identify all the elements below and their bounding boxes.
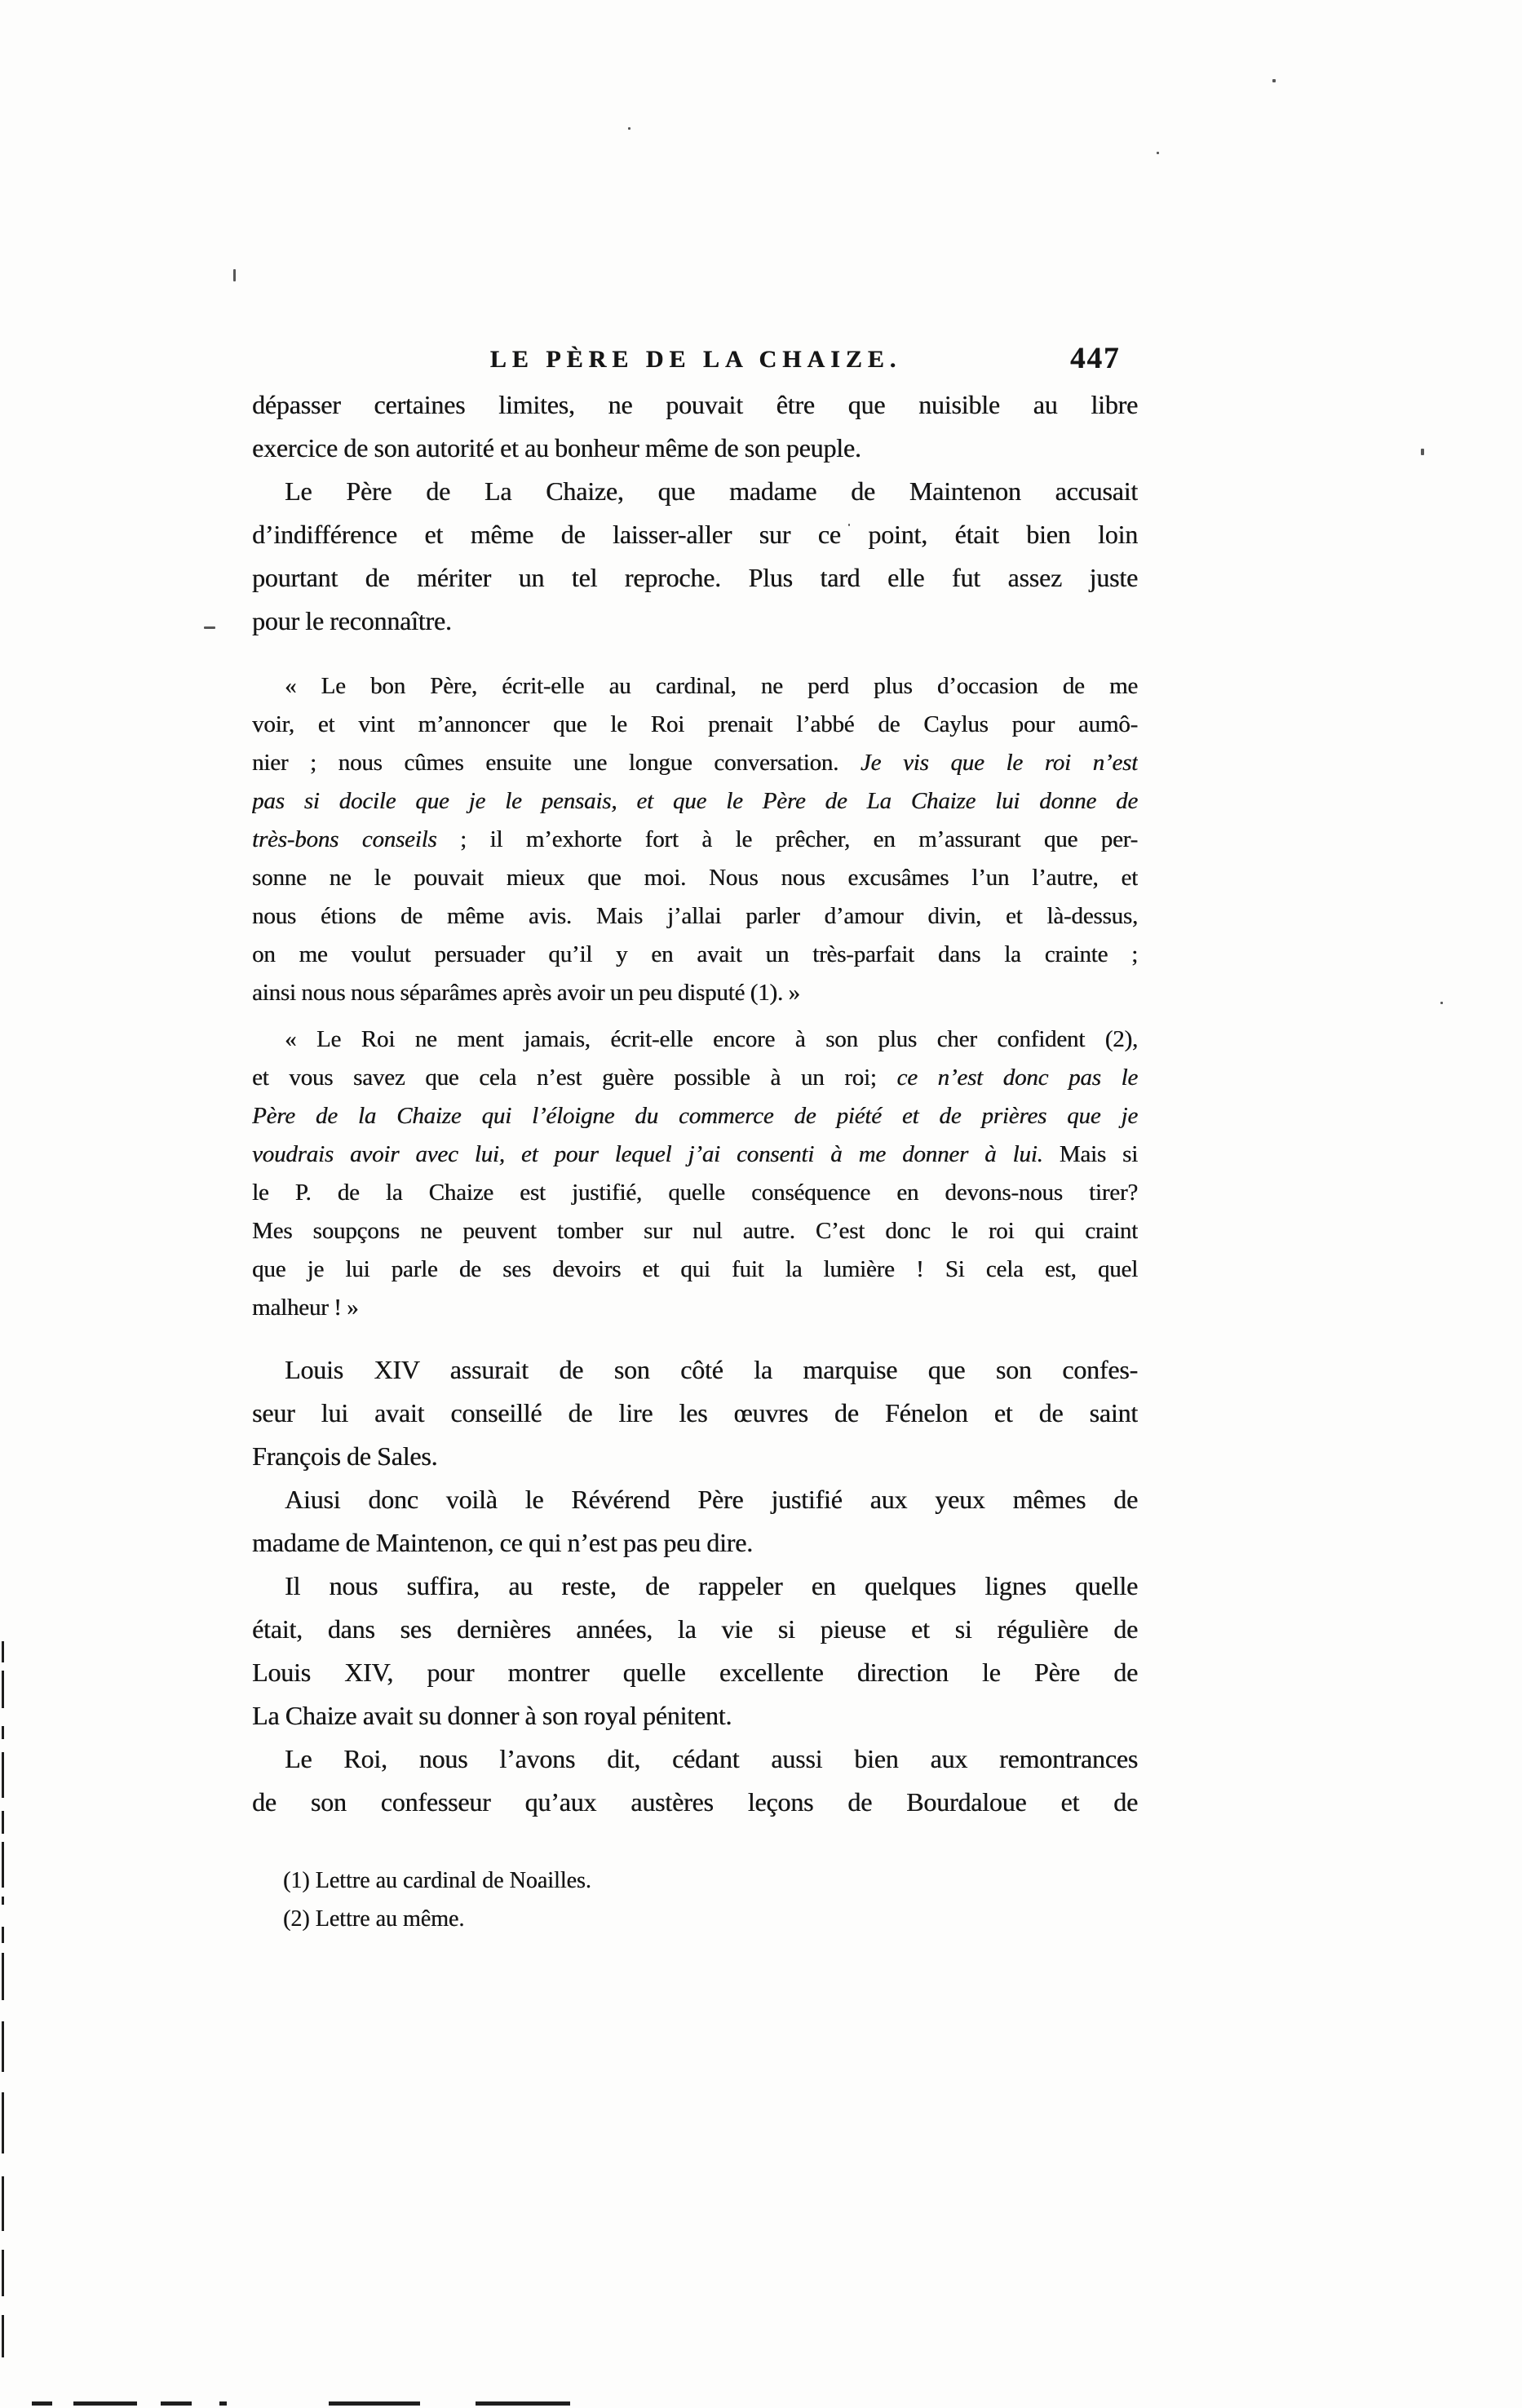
page-edge-tick — [2, 2176, 4, 2231]
text-segment: que je lui parle de ses devoirs et qui f… — [252, 1256, 1138, 1282]
text-segment: pourtant de mériter un tel reproche. Plu… — [252, 563, 1138, 592]
body-paragraph: Aiusi donc voilà le Révérend Père justif… — [252, 1478, 1138, 1565]
text-line: de son confesseur qu’aux austères leçons… — [252, 1781, 1138, 1824]
text-line: nier ; nous cûmes ensuite une longue con… — [252, 744, 1138, 782]
bottom-edge-dash — [161, 2401, 192, 2406]
body-paragraph: Il nous suffira, au reste, de rappeler e… — [252, 1565, 1138, 1737]
page-edge-tick — [2, 2315, 4, 2357]
text-segment: ainsi nous nous séparâmes après avoir un… — [252, 980, 800, 1006]
text-segment: exercice de son autorité et au bonheur m… — [252, 433, 861, 463]
text-line: pourtant de mériter un tel reproche. Plu… — [252, 556, 1138, 600]
text-segment: et vous savez que cela n’est guère possi… — [252, 1065, 896, 1091]
text-line: on me voulut persuader qu’il y en avait … — [252, 936, 1138, 974]
page-edge-tick — [2, 2250, 4, 2296]
page-edge-tick — [2, 1897, 4, 1905]
ink-speck — [1440, 1002, 1443, 1004]
text-segment: Le Roi, nous l’avons dit, cédant aussi b… — [285, 1744, 1138, 1773]
text-line: que je lui parle de ses devoirs et qui f… — [252, 1250, 1138, 1289]
italic-text-segment: Je vis que le roi n’est — [861, 750, 1138, 776]
text-line: Louis XIV, pour montrer quelle excellent… — [252, 1651, 1138, 1694]
text-line: malheur ! » — [252, 1289, 1138, 1327]
text-line: Il nous suffira, au reste, de rappeler e… — [252, 1565, 1138, 1608]
text-segment: était, dans ses dernières années, la vie… — [252, 1614, 1138, 1644]
ink-speck — [1421, 449, 1424, 455]
bottom-edge-dash — [329, 2401, 420, 2406]
page-edge-tick — [2, 1927, 4, 1943]
body-paragraph: Le Père de La Chaize, que madame de Main… — [252, 470, 1138, 643]
text-segment: sonne ne le pouvait mieux que moi. Nous … — [252, 865, 1138, 891]
text-segment: on me voulut persuader qu’il y en avait … — [252, 941, 1138, 967]
text-segment: dépasser certaines limites, ne pouvait ê… — [252, 390, 1138, 419]
italic-text-segment: voudrais avoir avec lui, et pour lequel … — [252, 1141, 1043, 1167]
page-edge-tick — [2, 2021, 4, 2072]
text-segment: le P. de la Chaize est justifié, quelle … — [252, 1180, 1138, 1206]
text-line: François de Sales. — [252, 1435, 1138, 1478]
text-line: exercice de son autorité et au bonheur m… — [252, 427, 1138, 470]
bottom-edge-dash — [73, 2401, 137, 2406]
text-column: dépasser certaines limites, ne pouvait ê… — [252, 383, 1138, 1824]
ink-speck — [1157, 152, 1159, 154]
text-segment: Louis XIV assurait de son côté la marqui… — [285, 1355, 1138, 1384]
text-segment: La Chaize avait su donner à son royal pé… — [252, 1701, 732, 1730]
italic-text-segment: Père de la Chaize qui l’éloigne du comme… — [252, 1103, 1138, 1129]
text-segment: ; il m’exhorte fort à le prêcher, en m’a… — [437, 826, 1138, 852]
page-edge-tick — [2, 1726, 4, 1739]
text-line: La Chaize avait su donner à son royal pé… — [252, 1694, 1138, 1737]
text-line: madame de Maintenon, ce qui n’est pas pe… — [252, 1521, 1138, 1565]
page-edge-tick — [2, 1752, 4, 1798]
page-edge-tick — [2, 1953, 4, 2000]
text-segment: Louis XIV, pour montrer quelle excellent… — [252, 1658, 1138, 1687]
body-paragraph: Le Roi, nous l’avons dit, cédant aussi b… — [252, 1737, 1138, 1824]
text-line: et vous savez que cela n’est guère possi… — [252, 1059, 1138, 1097]
body-paragraph: Louis XIV assurait de son côté la marqui… — [252, 1348, 1138, 1478]
text-line: sonne ne le pouvait mieux que moi. Nous … — [252, 859, 1138, 897]
text-segment: nous étions de même avis. Mais j’allai p… — [252, 903, 1138, 929]
italic-text-segment: très-bons conseils — [252, 826, 437, 852]
text-line: dépasser certaines limites, ne pouvait ê… — [252, 383, 1138, 427]
quoted-letter-paragraph: « Le Roi ne ment jamais, écrit-elle enco… — [252, 1020, 1138, 1327]
footnote-line: (2) Lettre au même. — [252, 1900, 1138, 1938]
text-line: pas si docile que je le pensais, et que … — [252, 782, 1138, 821]
page-edge-tick — [2, 1811, 4, 1834]
text-line: voudrais avoir avec lui, et pour lequel … — [252, 1135, 1138, 1174]
ink-speck — [1272, 79, 1276, 82]
page-edge-tick — [2, 2092, 4, 2153]
ink-speck — [204, 626, 215, 629]
text-segment: « Le bon Père, écrit-elle au cardinal, n… — [285, 673, 1138, 699]
text-line: le P. de la Chaize est justifié, quelle … — [252, 1174, 1138, 1212]
text-segment: de son confesseur qu’aux austères leçons… — [252, 1787, 1138, 1817]
text-segment: François de Sales. — [252, 1441, 437, 1471]
text-line: Père de la Chaize qui l’éloigne du comme… — [252, 1097, 1138, 1135]
text-segment: nier ; nous cûmes ensuite une longue con… — [252, 750, 861, 776]
page-edge-tick — [2, 1641, 4, 1662]
ink-speck — [848, 524, 850, 526]
text-line: était, dans ses dernières années, la vie… — [252, 1608, 1138, 1651]
text-line: nous étions de même avis. Mais j’allai p… — [252, 897, 1138, 936]
italic-text-segment: pas si docile que je le pensais, et que … — [252, 788, 1138, 814]
text-line: ainsi nous nous séparâmes après avoir un… — [252, 974, 1138, 1012]
text-segment: Le Père de La Chaize, que madame de Main… — [285, 476, 1138, 506]
text-segment: Mes soupçons ne peuvent tomber sur nul a… — [252, 1218, 1138, 1244]
text-line: seur lui avait conseillé de lire les œuv… — [252, 1392, 1138, 1435]
page-number: 447 — [1070, 341, 1121, 376]
text-segment: Mais si — [1043, 1141, 1138, 1167]
bottom-edge-dash — [219, 2401, 227, 2406]
text-line: pour le reconnaître. — [252, 600, 1138, 643]
text-line: Le Roi, nous l’avons dit, cédant aussi b… — [252, 1737, 1138, 1781]
footnote-line: (1) Lettre au cardinal de Noailles. — [252, 1861, 1138, 1900]
bottom-edge-dash — [476, 2401, 570, 2406]
text-segment: pour le reconnaître. — [252, 606, 452, 635]
text-segment: voir, et vint m’annoncer que le Roi pren… — [252, 711, 1138, 737]
text-line: très-bons conseils ; il m’exhorte fort à… — [252, 821, 1138, 859]
scanned-book-page: LE PÈRE DE LA CHAIZE. 447 dépasser certa… — [0, 0, 1522, 2408]
text-line: « Le bon Père, écrit-elle au cardinal, n… — [252, 667, 1138, 706]
text-line: « Le Roi ne ment jamais, écrit-elle enco… — [252, 1020, 1138, 1059]
ink-speck — [233, 269, 236, 281]
text-line: d’indifférence et même de laisser-aller … — [252, 513, 1138, 556]
text-segment: d’indifférence et même de laisser-aller … — [252, 520, 1138, 549]
text-line: Mes soupçons ne peuvent tomber sur nul a… — [252, 1212, 1138, 1250]
page-edge-tick — [2, 1842, 4, 1888]
text-line: Le Père de La Chaize, que madame de Main… — [252, 470, 1138, 513]
bottom-edge-dash — [32, 2401, 52, 2406]
footnotes: (1) Lettre au cardinal de Noailles.(2) L… — [252, 1861, 1138, 1938]
text-segment: madame de Maintenon, ce qui n’est pas pe… — [252, 1528, 753, 1557]
text-line: Louis XIV assurait de son côté la marqui… — [252, 1348, 1138, 1392]
page-edge-tick — [2, 1671, 4, 1708]
running-header-title: LE PÈRE DE LA CHAIZE. — [252, 346, 1139, 374]
text-segment: Aiusi donc voilà le Révérend Père justif… — [285, 1485, 1138, 1514]
text-line: voir, et vint m’annoncer que le Roi pren… — [252, 706, 1138, 744]
text-line: Aiusi donc voilà le Révérend Père justif… — [252, 1478, 1138, 1521]
text-segment: malheur ! » — [252, 1295, 358, 1321]
ink-speck — [628, 127, 630, 130]
italic-text-segment: ce n’est donc pas le — [896, 1065, 1138, 1091]
text-segment: Il nous suffira, au reste, de rappeler e… — [285, 1571, 1138, 1600]
body-paragraph: dépasser certaines limites, ne pouvait ê… — [252, 383, 1138, 470]
text-segment: seur lui avait conseillé de lire les œuv… — [252, 1398, 1138, 1428]
text-segment: « Le Roi ne ment jamais, écrit-elle enco… — [285, 1026, 1138, 1052]
quoted-letter-paragraph: « Le bon Père, écrit-elle au cardinal, n… — [252, 667, 1138, 1012]
